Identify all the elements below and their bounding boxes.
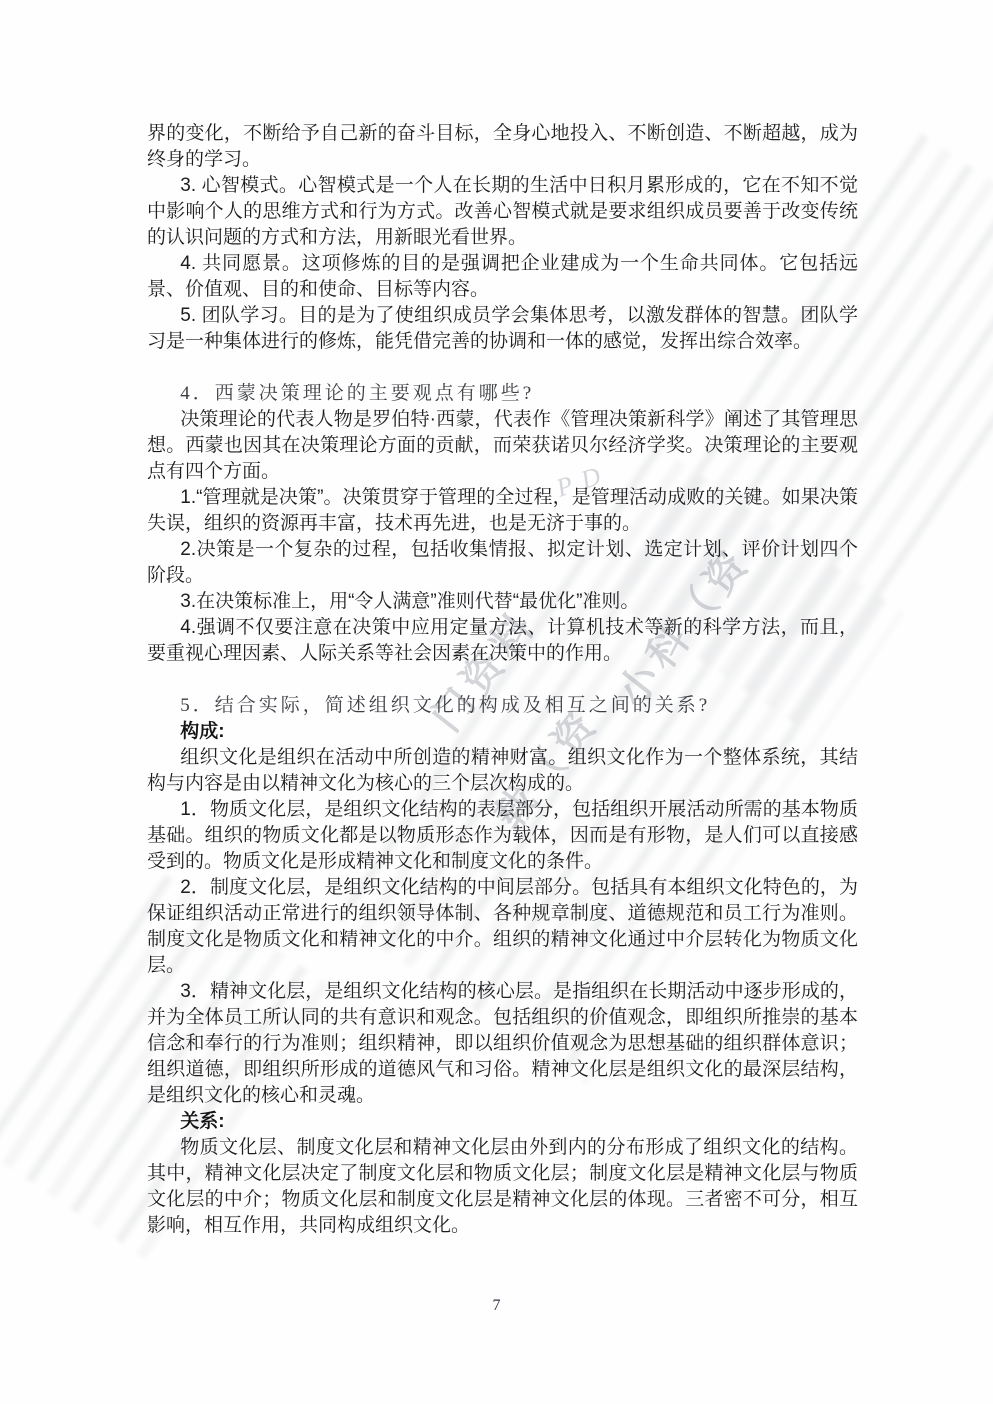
answer-layer-spiritual: 3．精神文化层，是组织文化结构的核心层。是指组织在长期活动中逐步形成的，并为全体… xyxy=(147,979,858,1109)
paragraph-continued: 界的变化，不断给予自己新的奋斗目标，全身心地投入、不断创造、不断超越，成为终身的… xyxy=(147,121,858,173)
section-label-composition: 构成: xyxy=(147,719,858,745)
question-heading-4: 4．西蒙决策理论的主要观点有哪些? xyxy=(147,381,858,407)
list-item-shared-vision: 4. 共同愿景。这项修炼的目的是强调把企业建成为一个生命共同体。它包括远景、价值… xyxy=(147,251,858,303)
answer-point-4: 4.强调不仅要注意在决策中应用定量方法、计算机技术等新的科学方法，而且，要重视心… xyxy=(147,615,858,667)
answer-layer-institutional: 2．制度文化层，是组织文化结构的中间层部分。包括具有本组织文化特色的，为保证组织… xyxy=(147,875,858,979)
answer-point-3: 3.在决策标准上，用“令人满意”准则代替“最优化”准则。 xyxy=(147,589,858,615)
page-number: 7 xyxy=(0,1297,993,1315)
question-heading-5: 5．结合实际，简述组织文化的构成及相互之间的关系? xyxy=(147,693,858,719)
document-body: 界的变化，不断给予自己新的奋斗目标，全身心地投入、不断创造、不断超越，成为终身的… xyxy=(147,121,858,1239)
answer-layer-material: 1．物质文化层，是组织文化结构的表层部分，包括组织开展活动所需的基本物质基础。组… xyxy=(147,797,858,875)
answer-point-1: 1.“管理就是决策”。决策贯穿于管理的全过程，是管理活动成败的关键。如果决策失误… xyxy=(147,485,858,537)
section-label-relationship: 关系: xyxy=(147,1109,858,1135)
list-item-mental-models: 3. 心智模式。心智模式是一个人在长期的生活中日积月累形成的，它在不知不觉中影响… xyxy=(147,173,858,251)
answer-paragraph: 物质文化层、制度文化层和精神文化层由外到内的分布形成了组织文化的结构。其中，精神… xyxy=(147,1135,858,1239)
document-page: 门资料 小科（资 载（资 PD 界的变化，不断给予自己新的奋斗目标，全身心地投入… xyxy=(0,0,993,1404)
answer-point-2: 2.决策是一个复杂的过程，包括收集情报、拟定计划、选定计划、评价计划四个阶段。 xyxy=(147,537,858,589)
list-item-team-learning: 5. 团队学习。目的是为了使组织成员学会集体思考，以激发群体的智慧。团队学习是一… xyxy=(147,303,858,355)
answer-paragraph: 组织文化是组织在活动中所创造的精神财富。组织文化作为一个整体系统，其结构与内容是… xyxy=(147,745,858,797)
answer-paragraph: 决策理论的代表人物是罗伯特·西蒙，代表作《管理决策新科学》阐述了其管理思想。西蒙… xyxy=(147,407,858,485)
